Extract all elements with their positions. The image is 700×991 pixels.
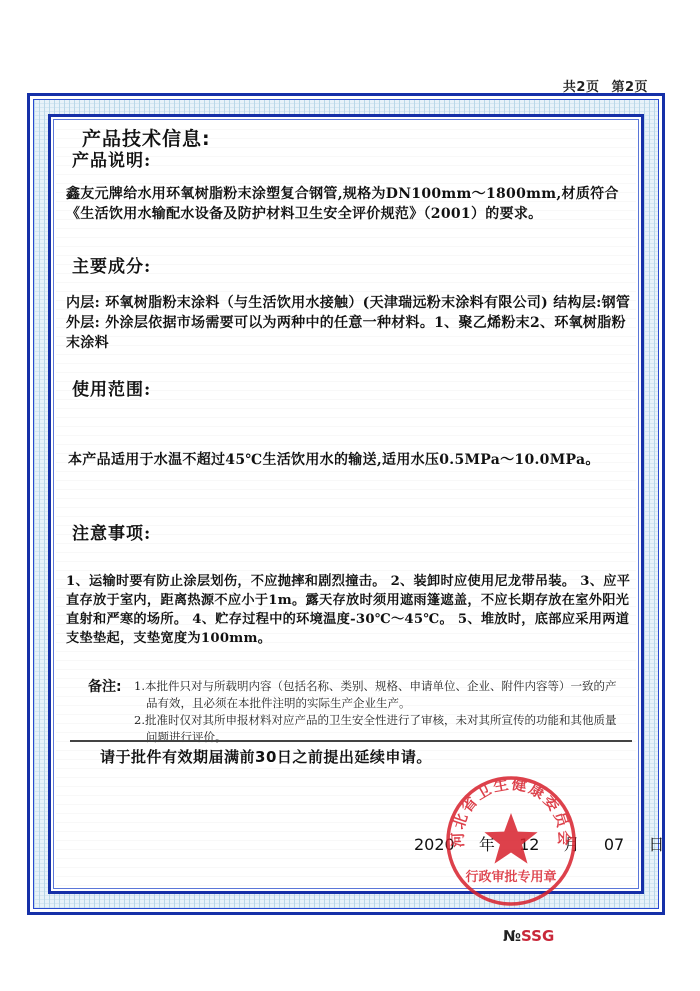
divider — [70, 740, 632, 742]
description-heading: 产品说明: — [72, 146, 151, 171]
star-icon — [484, 813, 537, 864]
seal-icon: 河北省卫生健康委员会 行政审批专用章 — [443, 773, 579, 909]
scope-heading: 使用范围: — [72, 375, 151, 400]
serial-code: SSG — [521, 927, 554, 945]
scope-text: 本产品适用于水温不超过45℃生活饮用水的输送,适用水压0.5MPa～10.0MP… — [68, 450, 638, 470]
serial-prefix: № — [503, 927, 521, 945]
date-day-unit: 日 — [648, 832, 664, 855]
date-day: 07 — [604, 835, 624, 854]
notes-label: 备注: — [88, 676, 122, 696]
serial-number: №SSG — [503, 927, 554, 945]
description-text: 鑫友元牌给水用环氧树脂粉末涂塑复合钢管,规格为DN100mm～1800mm,材质… — [66, 184, 636, 224]
renewal-notice: 请于批件有效期届满前30日之前提出延续申请。 — [100, 746, 432, 767]
precautions-heading: 注意事项: — [72, 519, 151, 544]
official-seal: 河北省卫生健康委员会 行政审批专用章 — [443, 773, 579, 909]
certificate-paper — [56, 122, 636, 886]
precautions-text: 1、运输时要有防止涂层划伤，不应抛摔和剧烈撞击。 2、装卸时应使用尼龙带吊装。 … — [66, 572, 636, 648]
composition-text: 内层: 环氧树脂粉末涂料（与生活饮用水接触）(天津瑞远粉末涂料有限公司) 结构层… — [66, 293, 636, 353]
seal-bottom-text: 行政审批专用章 — [465, 869, 556, 885]
composition-heading: 主要成分: — [72, 252, 151, 277]
note-item-1: 1.本批件只对与所载明内容（包括名称、类别、规格、申请单位、企业、附件内容等）一… — [134, 678, 622, 712]
